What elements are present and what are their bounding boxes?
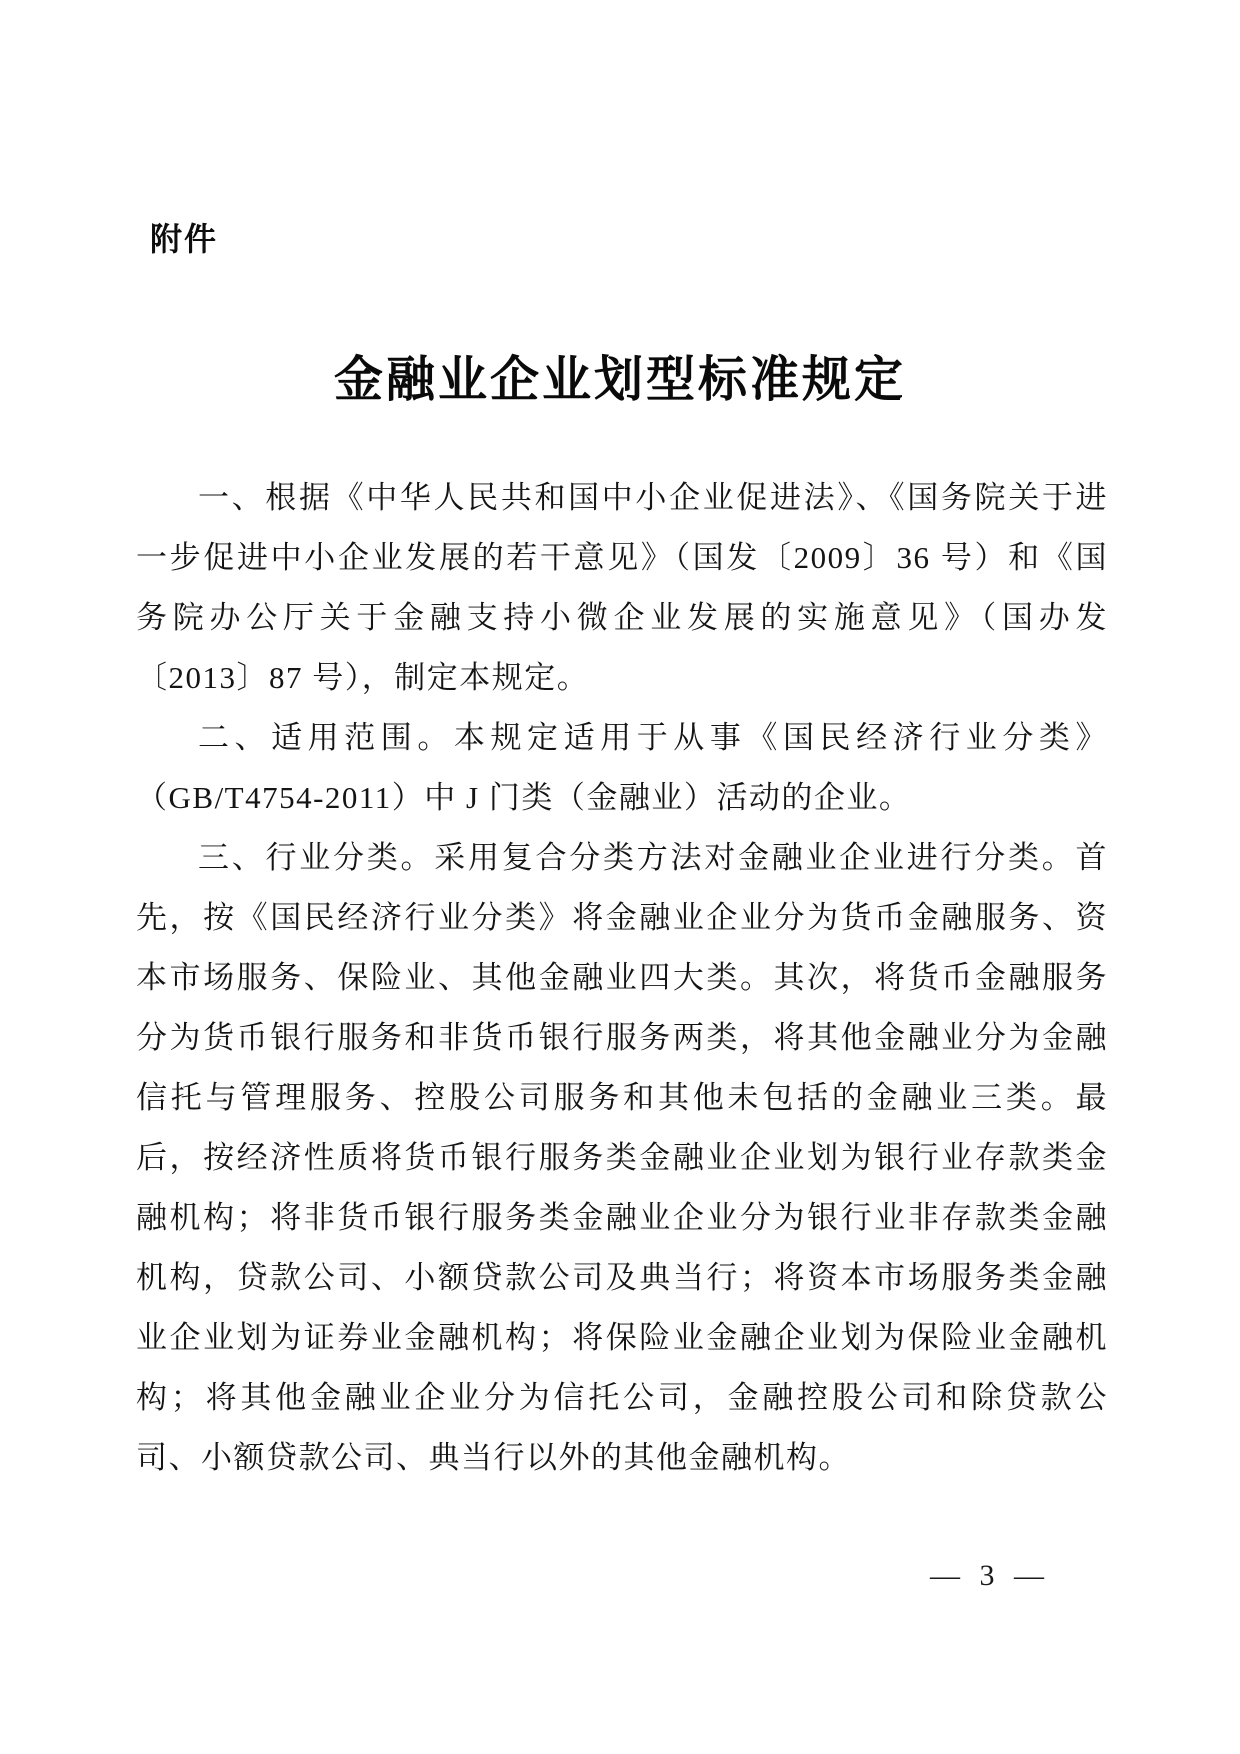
paragraph-industry-classification: 三、行业分类。采用复合分类方法对金融业企业进行分类。首先，按《国民经济行业分类》… xyxy=(136,828,1108,1488)
paragraph-basis: 一、根据《中华人民共和国中小企业促进法》、《国务院关于进一步促进中小企业发展的若… xyxy=(136,468,1108,708)
document-body: 一、根据《中华人民共和国中小企业促进法》、《国务院关于进一步促进中小企业发展的若… xyxy=(136,468,1108,1488)
attachment-label: 附件 xyxy=(150,218,218,260)
document-page: 附件 金融业企业划型标准规定 一、根据《中华人民共和国中小企业促进法》、《国务院… xyxy=(0,0,1240,1754)
page-number: — 3 — xyxy=(930,1556,1110,1596)
paragraph-scope: 二、适用范围。本规定适用于从事《国民经济行业分类》（GB/T4754-2011）… xyxy=(136,708,1108,828)
document-title: 金融业企业划型标准规定 xyxy=(0,352,1240,408)
